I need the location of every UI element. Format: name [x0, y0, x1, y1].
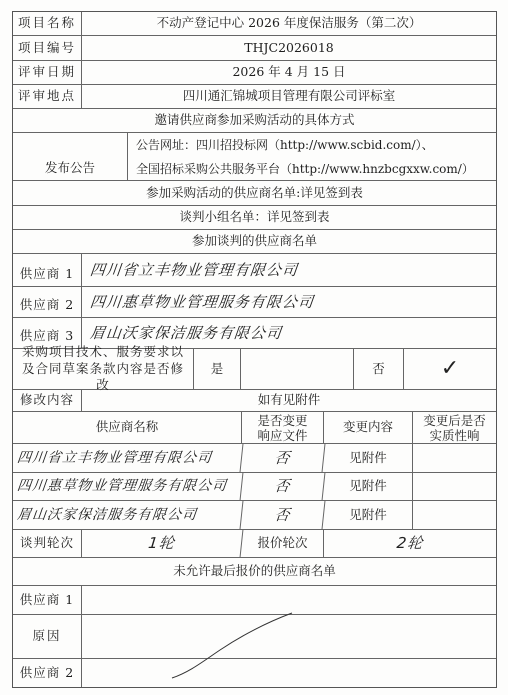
negotiating-suppliers-heading: 参加谈判的供应商名单: [13, 230, 496, 253]
publish-urls: 公告网址：四川招投标网（http://www.scbid.com/）、 全国招标…: [128, 133, 496, 180]
invitation-heading: 邀请供应商参加采购活动的具体方式: [13, 109, 496, 132]
disallowed-reason-value: [82, 615, 496, 658]
header-supplier-name: 供应商名称: [13, 412, 242, 443]
row-project-number: 项目编号 THJC2026018: [13, 36, 496, 61]
supplier-2-name: 四川惠草物业管理服务有限公司: [80, 287, 497, 317]
change-row-1-substantive: [413, 444, 496, 472]
row-review-date: 评审日期 2026 年 4 月 15 日: [13, 61, 496, 85]
supplier-2-label: 供应商 2: [13, 287, 82, 317]
disallowed-heading: 未允许最后报价的供应商名单: [13, 558, 496, 585]
quote-rounds-value: 2轮: [323, 530, 498, 557]
disallowed-supplier-1-value: [82, 586, 496, 614]
change-table-row: 四川省立丰物业管理有限公司 否 见附件: [13, 444, 496, 473]
modification-content-label: 修改内容: [13, 390, 82, 411]
change-row-1-name: 四川省立丰物业管理有限公司: [12, 444, 244, 472]
disallowed-supplier-2-label: 供应商 2: [13, 659, 82, 687]
quote-rounds-label: 报价轮次: [242, 530, 324, 557]
negotiating-supplier-row: 供应商 2 四川惠草物业管理服务有限公司: [13, 287, 496, 318]
checkmark-icon: ✓: [404, 349, 496, 389]
project-number-label: 项目编号: [13, 36, 82, 60]
change-row-3-substantive: [413, 501, 496, 529]
supplier-1-label: 供应商 1: [13, 254, 82, 286]
panel-list-note: 谈判小组名单：详见签到表: [13, 206, 496, 229]
publish-label: 发布公告: [13, 133, 128, 180]
row-disallowed-supplier-2: 供应商 2: [13, 659, 496, 687]
change-row-3-name: 眉山沃家保洁服务有限公司: [12, 501, 244, 529]
change-row-1-changed: 否: [241, 444, 326, 472]
review-date-label: 评审日期: [13, 61, 82, 84]
change-row-2-content: 见附件: [324, 473, 413, 500]
change-row-2-changed: 否: [241, 473, 326, 500]
modification-content-value: 如有见附件: [82, 390, 496, 411]
review-location-label: 评审地点: [13, 85, 82, 108]
supplier-1-name: 四川省立丰物业管理有限公司: [80, 254, 497, 286]
row-participants: 参加采购活动的供应商名单:详见签到表: [13, 181, 496, 206]
row-invitation-heading: 邀请供应商参加采购活动的具体方式: [13, 109, 496, 133]
change-table-row: 眉山沃家保洁服务有限公司 否 见附件: [13, 501, 496, 530]
row-project-name: 项目名称 不动产登记中心 2026 年度保洁服务（第二次）: [13, 12, 496, 36]
project-name-value: 不动产登记中心 2026 年度保洁服务（第二次）: [82, 12, 496, 35]
row-negotiating-heading: 参加谈判的供应商名单: [13, 230, 496, 254]
row-panel: 谈判小组名单：详见签到表: [13, 206, 496, 230]
publish-url-scbid: 公告网址：四川招投标网（http://www.scbid.com/）、: [136, 133, 434, 157]
row-disallowed-heading: 未允许最后报价的供应商名单: [13, 558, 496, 586]
row-disallowed-reason: 原因: [13, 615, 496, 659]
disallowed-reason-label: 原因: [13, 615, 82, 658]
header-change-content: 变更内容: [324, 412, 413, 443]
row-modification-question: 采购项目技术、服务要求以及合同草案条款内容是否修改 是 否 ✓: [13, 349, 496, 390]
project-number-value: THJC2026018: [82, 36, 496, 60]
no-label: 否: [354, 349, 404, 389]
project-name-label: 项目名称: [13, 12, 82, 35]
change-table-header: 供应商名称 是否变更响应文件 变更内容 变更后是否实质性响: [13, 412, 496, 444]
row-modification-content: 修改内容 如有见附件: [13, 390, 496, 412]
participants-list-note: 参加采购活动的供应商名单:详见签到表: [13, 181, 496, 205]
row-publish-announcement: 发布公告 公告网址：四川招投标网（http://www.scbid.com/）、…: [13, 133, 496, 181]
yes-label: 是: [194, 349, 241, 389]
row-review-location: 评审地点 四川通汇锦城项目管理有限公司评标室: [13, 85, 496, 109]
procurement-record-table: 项目名称 不动产登记中心 2026 年度保洁服务（第二次） 项目编号 THJC2…: [12, 11, 497, 688]
review-date-value: 2026 年 4 月 15 日: [82, 61, 496, 84]
change-table-row: 四川惠草物业管理服务有限公司 否 见附件: [13, 473, 496, 501]
row-disallowed-supplier-1: 供应商 1: [13, 586, 496, 615]
yes-mark: [241, 349, 354, 389]
negotiating-supplier-row: 供应商 1 四川省立丰物业管理有限公司: [13, 254, 496, 287]
change-row-1-content: 见附件: [324, 444, 413, 472]
change-row-2-substantive: [413, 473, 496, 500]
modification-question: 采购项目技术、服务要求以及合同草案条款内容是否修改: [13, 349, 194, 389]
change-row-2-name: 四川惠草物业管理服务有限公司: [12, 473, 244, 500]
disallowed-supplier-2-value: [82, 659, 496, 687]
negotiation-rounds-value: 1轮: [81, 530, 244, 557]
change-row-3-content: 见附件: [324, 501, 413, 529]
review-location-value: 四川通汇锦城项目管理有限公司评标室: [82, 85, 496, 108]
publish-url-hnzbcgxxw: 全国招标采购公共服务平台（http://www.hnzbcgxxw.com/）: [136, 157, 474, 181]
change-row-3-changed: 否: [241, 501, 326, 529]
negotiation-rounds-label: 谈判轮次: [13, 530, 82, 557]
header-response-changed: 是否变更响应文件: [242, 412, 324, 443]
header-substantive: 变更后是否实质性响: [413, 412, 496, 443]
disallowed-supplier-1-label: 供应商 1: [13, 586, 82, 614]
row-rounds: 谈判轮次 1轮 报价轮次 2轮: [13, 530, 496, 558]
